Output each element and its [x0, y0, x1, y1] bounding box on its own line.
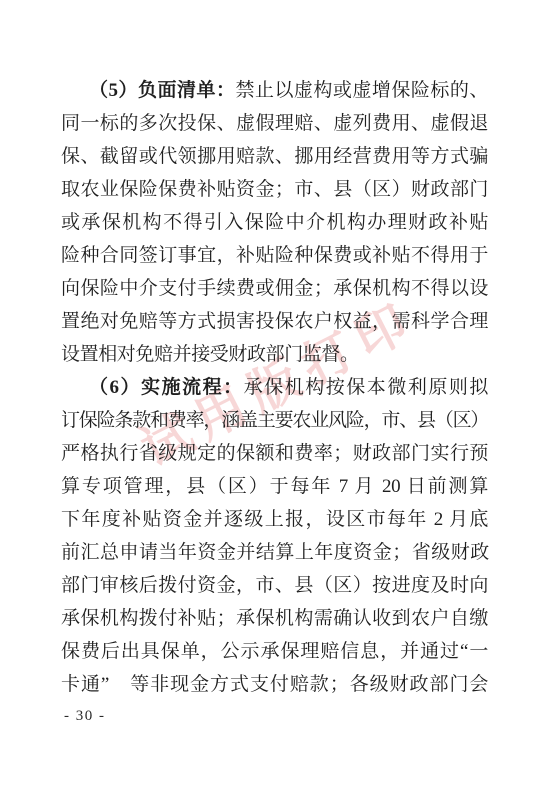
- paragraph-5-line-1-text: 禁止以虚构或虚增保险标的、: [235, 80, 488, 101]
- paragraph-6-line-2: 订保险条款和费率，涵盖主要农业风险，市、县（区）: [61, 404, 488, 437]
- document-page: 试用版打印 （5）负面清单：禁止以虚构或虚增保险标的、 同一标的多次投保、虚假理…: [0, 0, 559, 793]
- paragraph-5-line-8: 置绝对免赔等方式损害投保农户权益，需科学合理: [61, 305, 488, 338]
- paragraph-5-heading: （5）负面清单：: [89, 80, 235, 101]
- paragraph-6-line-5: 下年度补贴资金并逐级上报，设区市每年 2 月底: [61, 503, 488, 536]
- paragraph-6-line-1: （6）实施流程：承保机构按保本微利原则拟: [61, 371, 488, 404]
- page-number: - 30 -: [64, 708, 106, 725]
- paragraph-6-line-4: 算专项管理，县（区）于每年 7 月 20 日前测算: [61, 470, 488, 503]
- paragraph-5-line-1: （5）负面清单：禁止以虚构或虚增保险标的、: [61, 74, 488, 107]
- document-body: （5）负面清单：禁止以虚构或虚增保险标的、 同一标的多次投保、虚假理赔、虚列费用…: [61, 74, 488, 701]
- paragraph-6-line-6: 前汇总申请当年资金并结算上年度资金；省级财政: [61, 536, 488, 569]
- paragraph-5-line-5: 或承保机构不得引入保险中介机构办理财政补贴: [61, 206, 488, 239]
- paragraph-6-line-9: 保费后出具保单，公示承保理赔信息，并通过“一: [61, 635, 488, 668]
- paragraph-6-line-7: 部门审核后拨付资金，市、县（区）按进度及时向: [61, 569, 488, 602]
- paragraph-6-line-3: 严格执行省级规定的保额和费率；财政部门实行预: [61, 437, 488, 470]
- paragraph-6-heading: （6）实施流程：: [89, 377, 244, 398]
- paragraph-5-line-7: 向保险中介支付手续费或佣金；承保机构不得以设: [61, 272, 488, 305]
- paragraph-6-line-8: 承保机构拨付补贴；承保机构需确认收到农户自缴: [61, 602, 488, 635]
- paragraph-5-line-9: 设置相对免赔并接受财政部门监督。: [61, 338, 488, 371]
- paragraph-6-line-10: 卡通” 等非现金方式支付赔款；各级财政部门会: [61, 668, 488, 701]
- paragraph-5-line-4: 取农业保险保费补贴资金；市、县（区）财政部门: [61, 173, 488, 206]
- paragraph-6-line-1-text: 承保机构按保本微利原则拟: [244, 377, 488, 398]
- paragraph-5-line-2: 同一标的多次投保、虚假理赔、虚列费用、虚假退: [61, 107, 488, 140]
- paragraph-5-line-6: 险种合同签订事宜，补贴险种保费或补贴不得用于: [61, 239, 488, 272]
- paragraph-5-line-3: 保、截留或代领挪用赔款、挪用经营费用等方式骗: [61, 140, 488, 173]
